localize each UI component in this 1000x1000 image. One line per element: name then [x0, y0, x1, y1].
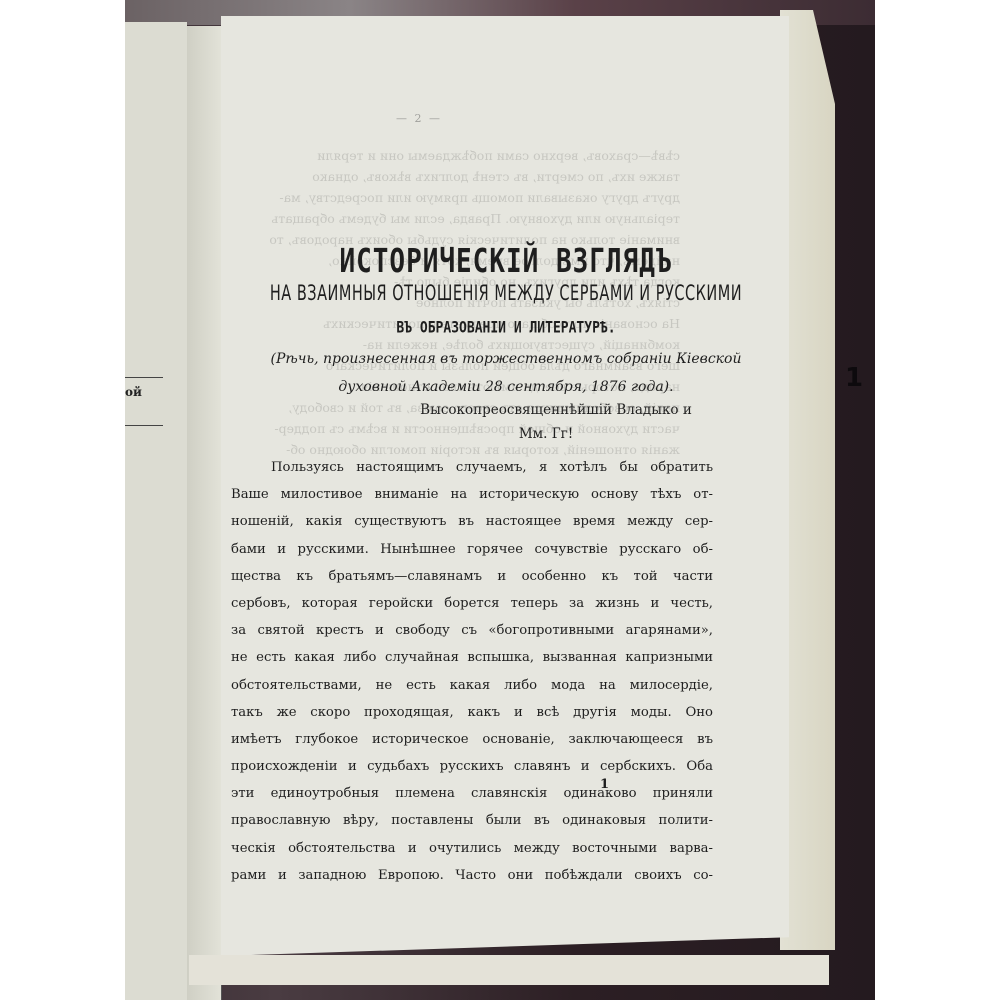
- page-fold: [187, 26, 222, 1000]
- body-text: Пользуясь настоящимъ случаемъ, я хотѣлъ …: [231, 460, 713, 895]
- margin-marker: 1: [845, 363, 863, 393]
- text-line: Ваше милостивое вниманіе на историческую…: [231, 487, 713, 514]
- text-line: происхожденіи и судьбахъ русскихъ славян…: [231, 759, 713, 786]
- document-subtitle-2: ВЪ ОБРАЗОВАНІИ И ЛИТЕРАТУРѢ.: [226, 320, 786, 338]
- left-sheet-fragment: ой: [125, 385, 142, 399]
- text-line: имѣетъ глубокое историческое основаніе, …: [231, 732, 713, 759]
- text-line: за святой крестъ и свободу съ «богопроти…: [231, 623, 713, 650]
- document-subtitle: НА ВЗАИМНЫЯ ОТНОШЕНІЯ МЕЖДУ СЕРБАМИ И РУ…: [226, 282, 786, 306]
- text-line: обстоятельствами, не есть какая либо мод…: [231, 678, 713, 705]
- divider: [125, 377, 163, 378]
- running-head: — 2 —: [396, 112, 442, 125]
- text-line: такъ же скоро проходящая, какъ и всѣ дру…: [231, 705, 713, 732]
- document-photo: ой сѣвѣ—сраховъ, верхно сами побѣждаемы …: [125, 0, 875, 1000]
- speech-note-2: духовной Академіи 28 сентября, 1876 года…: [226, 379, 786, 395]
- bottom-page-flap: [189, 955, 829, 985]
- page-number: 1: [600, 777, 609, 792]
- text-line: рами и западною Европою. Часто они побѣж…: [231, 868, 713, 895]
- text-line: бами и русскими. Нынѣшнее горячее сочувс…: [231, 542, 713, 569]
- divider: [125, 425, 163, 426]
- text-line: не есть какая либо случайная вспышка, вы…: [231, 650, 713, 677]
- text-line: эти единоутробныя племена славянскія оди…: [231, 786, 713, 813]
- left-adjacent-sheet: ой: [125, 22, 187, 1000]
- text-line: ческія обстоятельства и очутились между …: [231, 841, 713, 868]
- text-line: Пользуясь настоящимъ случаемъ, я хотѣлъ …: [231, 460, 713, 487]
- text-line: православную вѣру, поставлены были въ од…: [231, 813, 713, 840]
- salutation-2: Мм. Гг!: [266, 426, 826, 442]
- document-title: ИСТОРИЧЕСКІЙ ВЗГЛЯДЪ: [226, 243, 786, 281]
- text-line: ношеній, какія существуютъ въ настоящее …: [231, 514, 713, 541]
- text-line: сербовъ, которая геройски борется теперь…: [231, 596, 713, 623]
- text-line: щества къ братьямъ—славянамъ и особенно …: [231, 569, 713, 596]
- speech-note: (Рѣчь, произнесенная въ торжественномъ с…: [226, 351, 786, 367]
- salutation: Высокопреосвященнѣйшій Владыко и: [276, 402, 836, 418]
